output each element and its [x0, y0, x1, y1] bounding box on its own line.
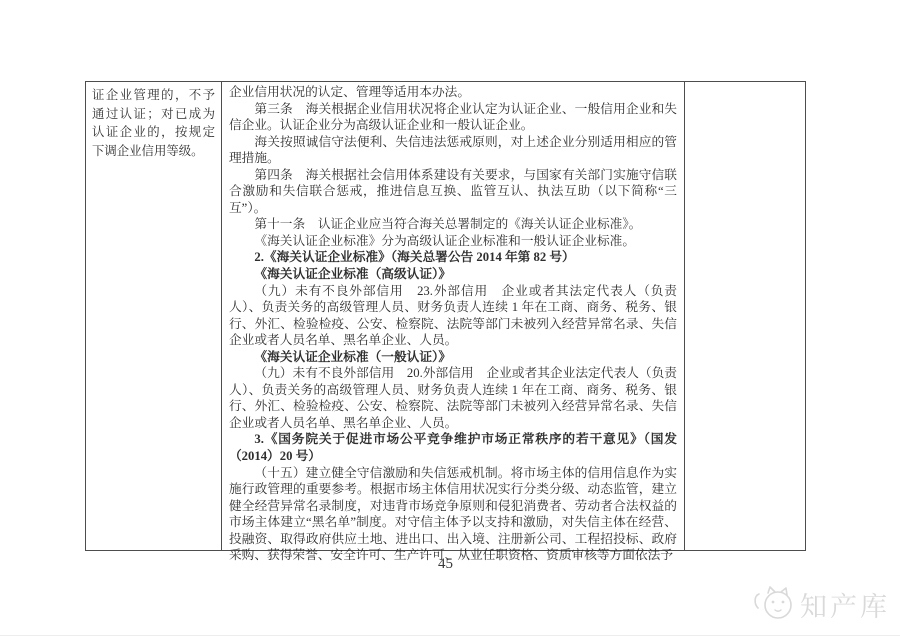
page-number: 45 [85, 556, 806, 573]
document-page: 证企业管理的，不予通过认证；对已成为认证企业的，按规定下调企业信用等级。 企业信… [0, 0, 900, 636]
table-cell-left: 证企业管理的，不予通过认证；对已成为认证企业的，按规定下调企业信用等级。 [86, 82, 222, 550]
cat-logo-icon [752, 584, 796, 624]
paragraph: （十五）建立健全守信激励和失信惩戒机制。将市场主体的信用信息作为实施行政管理的重… [229, 465, 677, 564]
watermark-logo-text: 知产库 [800, 585, 890, 624]
paragraph: （九）未有不良外部信用 20.外部信用 企业或者其企业法定代表人（负责人）、负责… [229, 365, 677, 431]
paragraph: 企业信用状况的认定、管理等适用本办法。 [229, 84, 677, 101]
heading-general-certification: 《海关认证企业标准（一般认证）》 [229, 349, 677, 366]
paragraph: 第三条 海关根据企业信用状况将企业认定为认证企业、一般信用企业和失信企业。认证企… [229, 101, 677, 134]
heading-customs-standard: 2.《海关认证企业标准》（海关总署公告 2014 年第 82 号） [229, 249, 677, 266]
paragraph: 第四条 海关根据社会信用体系建设有关要求，与国家有关部门实施守信联合激励和失信联… [229, 167, 677, 217]
paragraph: 海关按照诚信守法便利、失信违法惩戒原则，对上述企业分别适用相应的管理措施。 [229, 134, 677, 167]
paragraph: 第十一条 认证企业应当符合海关总署制定的《海关认证企业标准》。 [229, 216, 677, 233]
left-column-text: 证企业管理的，不予通过认证；对已成为认证企业的，按规定下调企业信用等级。 [92, 86, 215, 160]
heading-state-council-opinion: 3.《国务院关于促进市场公平竞争维护市场正常秩序的若干意见》（国发（2014）2… [229, 431, 677, 464]
document-table: 证企业管理的，不予通过认证；对已成为认证企业的，按规定下调企业信用等级。 企业信… [85, 81, 806, 551]
paragraph: （九）未有不良外部信用 23.外部信用 企业或者其法定代表人（负责人）、负责关务… [229, 283, 677, 349]
table-cell-right-empty [685, 82, 805, 550]
heading-advanced-certification: 《海关认证企业标准（高级认证）》 [229, 266, 677, 283]
paragraph: 《海关认证企业标准》分为高级认证企业标准和一般认证企业标准。 [229, 233, 677, 250]
zhichanku-watermark: 知产库 [752, 584, 890, 624]
table-cell-main: 企业信用状况的认定、管理等适用本办法。 第三条 海关根据企业信用状况将企业认定为… [222, 82, 685, 550]
